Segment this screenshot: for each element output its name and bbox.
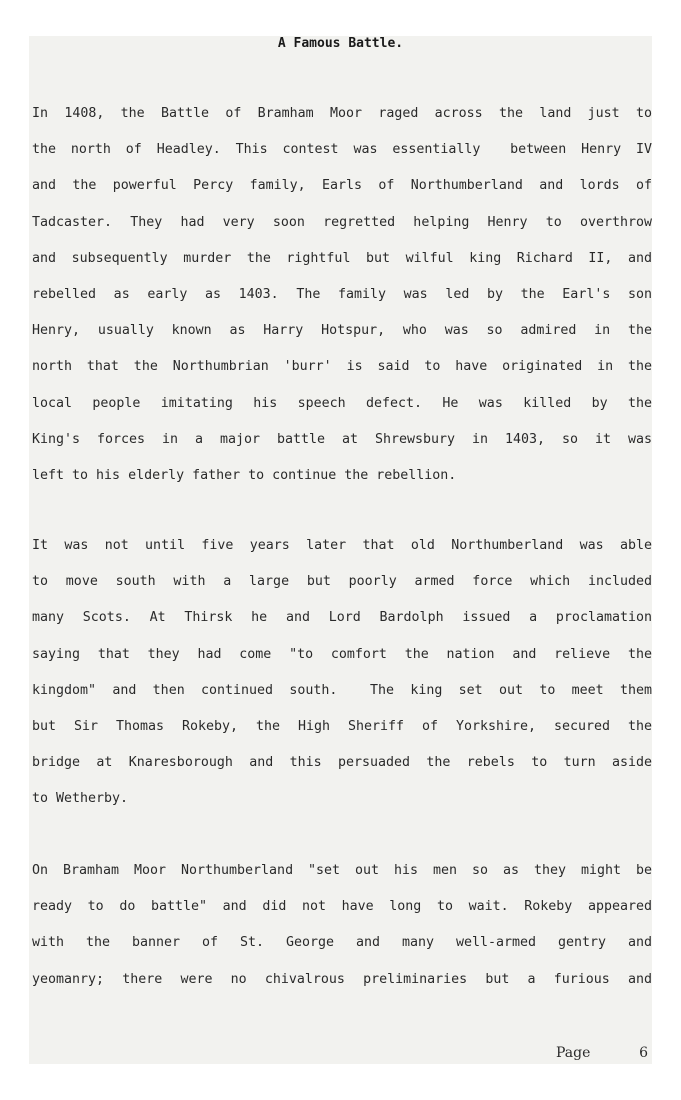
text-line: the north of Headley. This contest was e… — [32, 142, 652, 178]
page-label: Page — [556, 1045, 590, 1061]
text-line: Tadcaster. They had very soon regretted … — [32, 215, 652, 251]
text-line: kingdom" and then continued south. The k… — [32, 683, 652, 719]
text-line: Henry, usually known as Harry Hotspur, w… — [32, 323, 652, 359]
text-line: and subsequently murder the rightful but… — [32, 251, 652, 287]
text-line: to move south with a large but poorly ar… — [32, 574, 652, 610]
document-page: A Famous Battle. In 1408, the Battle of … — [29, 36, 652, 1064]
text-line: rebelled as early as 1403. The family wa… — [32, 287, 652, 323]
text-line: north that the Northumbrian 'burr' is sa… — [32, 359, 652, 395]
text-line: saying that they had come "to comfort th… — [32, 647, 652, 683]
text-line: yeomanry; there were no chivalrous preli… — [32, 972, 652, 1008]
page-footer: Page 6 — [556, 1045, 648, 1061]
text-line: many Scots. At Thirsk he and Lord Bardol… — [32, 610, 652, 646]
text-line: to Wetherby. — [32, 791, 652, 827]
text-line: In 1408, the Battle of Bramham Moor rage… — [32, 106, 652, 142]
paragraph-3: On Bramham Moor Northumberland "set out … — [32, 863, 652, 1008]
paragraph-1: In 1408, the Battle of Bramham Moor rage… — [32, 106, 652, 504]
page-number: 6 — [639, 1045, 648, 1061]
paragraph-2: It was not until five years later that o… — [32, 538, 652, 828]
text-line: On Bramham Moor Northumberland "set out … — [32, 863, 652, 899]
text-line: with the banner of St. George and many w… — [32, 935, 652, 971]
text-line: local people imitating his speech defect… — [32, 396, 652, 432]
text-line: bridge at Knaresborough and this persuad… — [32, 755, 652, 791]
document-title: A Famous Battle. — [29, 36, 652, 52]
text-line: ready to do battle" and did not have lon… — [32, 899, 652, 935]
text-line: It was not until five years later that o… — [32, 538, 652, 574]
text-line: King's forces in a major battle at Shrew… — [32, 432, 652, 468]
text-line: but Sir Thomas Rokeby, the High Sheriff … — [32, 719, 652, 755]
text-line: left to his elderly father to continue t… — [32, 468, 652, 504]
text-line: and the powerful Percy family, Earls of … — [32, 178, 652, 214]
